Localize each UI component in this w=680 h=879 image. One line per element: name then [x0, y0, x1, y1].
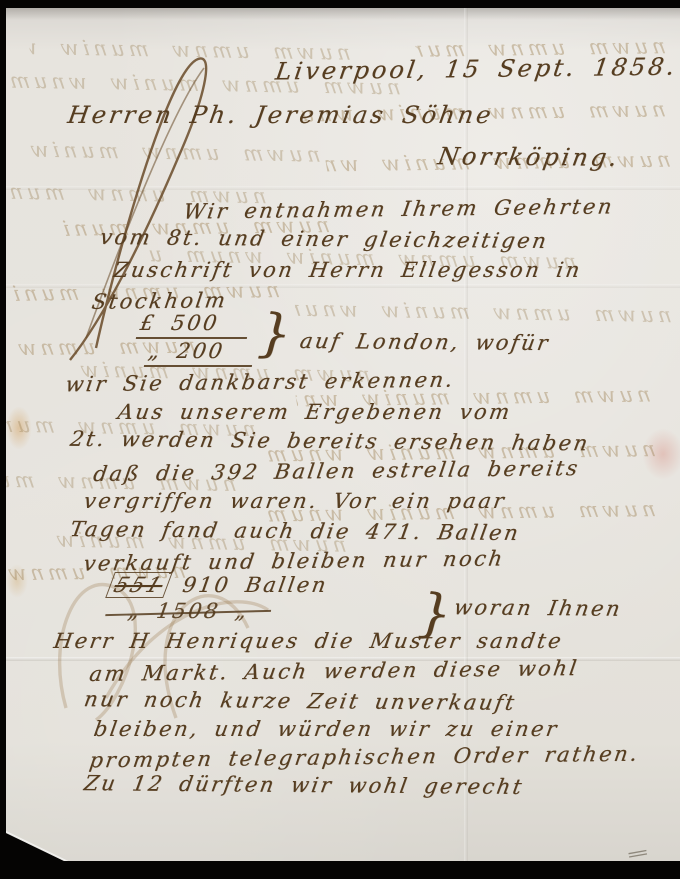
body-line: daß die 392 Ballen estrella bereits	[92, 456, 582, 486]
body-line: bleiben, und würden wir zu einer	[92, 717, 560, 741]
body-line: Zu 12 dürften wir wohl gerecht	[82, 771, 525, 799]
body-line: Herr H Henriques die Muster sandte	[52, 629, 565, 653]
amount-200: „ 200	[144, 339, 257, 367]
body-line: wir Sie dankbarst erkennen.	[64, 368, 457, 397]
body-line: Stockholm	[90, 288, 229, 314]
body-line: prompten telegraphischen Order rathen.	[88, 742, 641, 773]
body-line: 2t. werden Sie bereits ersehen haben	[68, 427, 591, 456]
body-line: Zuschrift von Herrn Ellegesson in	[112, 258, 584, 282]
body-line: auf London, wofür	[298, 329, 552, 355]
body-line: Aus unserem Ergebenen vom	[116, 400, 513, 424]
amount-line-200: „ 200	[144, 339, 257, 367]
recipient-city: Norrköping.	[436, 142, 622, 172]
body-line: Tagen fand auch die 471. Ballen	[68, 517, 522, 545]
pencil-mark: =	[624, 842, 653, 866]
paper-edge-shadow	[6, 8, 680, 20]
amount-500: £ 500	[136, 311, 251, 339]
body-line: vergriffen waren. Vor ein paar	[82, 489, 508, 513]
body-line: am Markt. Auch werden diese wohl	[88, 656, 581, 686]
dateline: Liverpool, 15 Sept. 1858.	[274, 53, 680, 86]
recipient-name: Herren Ph. Jeremias Söhne	[66, 101, 496, 129]
struck-line: „ 1508 „	[126, 599, 250, 623]
scanned-letter: nuwm umnw muniw wnum uvnm muwn nimw uwmn…	[0, 0, 680, 879]
amounts-brace: }	[256, 303, 293, 365]
body-line: Wir entnahmen Ihrem Geehrten	[182, 194, 616, 223]
amount-line-500: £ 500	[136, 311, 251, 339]
ink-bleedthrough-line: nuwm umnw muniw wnum uvnm muwn nimw uwmn…	[294, 297, 674, 331]
torn-corner-edge	[0, 829, 76, 871]
letter-paper: nuwm umnw muniw wnum uvnm muwn nimw uwmn…	[6, 8, 680, 861]
tally-bales: 910 Ballen	[166, 573, 330, 597]
body-line: woran Ihnen	[452, 595, 624, 620]
tally-line: 551 910 Ballen	[108, 572, 330, 598]
boxed-number: 551	[105, 572, 172, 598]
body-line: vom 8t. und einer gleichzeitigen	[98, 225, 550, 253]
body-line: nur noch kurze Zeit unverkauft	[82, 687, 518, 715]
struck-number: „ 1508 „	[126, 599, 250, 623]
